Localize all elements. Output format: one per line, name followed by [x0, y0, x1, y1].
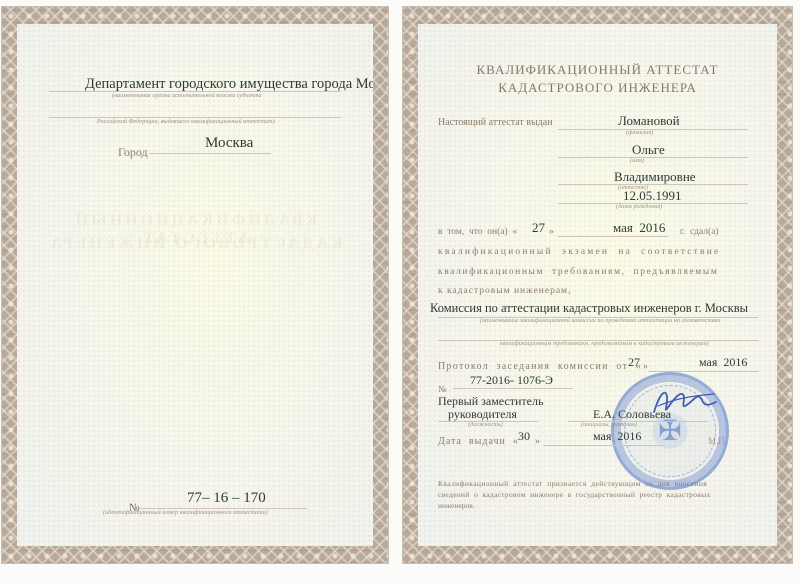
stamp-mark: М.П. — [708, 436, 727, 446]
certificate-number-caption: (идентификационный номер квалификационно… — [103, 510, 268, 516]
right-paper: КВАЛИФИКАЦИОННЫЙ АТТЕСТАТ КАДАСТРОВОГО И… — [418, 24, 777, 546]
commission-caption-1: (наименование квалификационной комиссии … — [480, 318, 721, 324]
certificate-left-page: Департамент городского имущества города … — [2, 7, 388, 563]
first-name-caption: (имя) — [630, 158, 644, 164]
validity-note-1: Квалификационный аттестат признается дей… — [438, 479, 707, 488]
surname-caption: (фамилия) — [626, 130, 653, 136]
certificate-title-line-1: КВАЛИФИКАЦИОННЫЙ АТТЕСТАТ — [418, 62, 777, 78]
authority-line-1 — [49, 91, 341, 92]
protocol-number: 77-2016- 1076-Э — [470, 373, 553, 388]
issue-date-line — [543, 445, 663, 446]
commission-name: Комиссия по аттестации кадастровых инжен… — [430, 301, 748, 316]
authority-caption-1: (наименование органа исполнительной влас… — [112, 93, 262, 99]
issued-to-label: Настоящий аттестат выдан — [438, 117, 553, 128]
protocol-day: 27 — [628, 355, 640, 370]
city-line — [149, 153, 271, 154]
certificate-title-line-2: КАДАСТРОВОГО ИНЖЕНЕРА — [418, 80, 777, 96]
issue-day-close: » — [535, 436, 540, 447]
exam-date-line — [558, 236, 668, 237]
first-name-line — [558, 157, 748, 158]
patronymic: Владимировне — [614, 169, 696, 185]
issue-month-year: мая 2016 — [593, 429, 641, 444]
exam-month-year: мая 2016 — [613, 220, 665, 236]
exam-day: 27 — [532, 220, 545, 236]
first-name: Ольге — [632, 142, 665, 158]
city-value: Москва — [205, 135, 253, 152]
commission-caption-2: квалификационным требованиям, предъявляе… — [500, 341, 709, 347]
patronymic-line — [558, 184, 748, 185]
validity-note-3: инженеров. — [438, 501, 475, 510]
surname: Ломановой — [618, 113, 680, 129]
exam-text-3: к кадастровым инженерам, — [438, 286, 571, 296]
certificate-number: 77– 16 – 170 — [187, 490, 266, 507]
issue-day: 30 — [518, 429, 530, 444]
bleed-through-text-2: КАДАСТРОВОГО ИНЖЕНЕРА — [17, 235, 373, 253]
certificate-right-page: КВАЛИФИКАЦИОННЫЙ АТТЕСТАТ КАДАСТРОВОГО И… — [403, 7, 792, 563]
city-label: Город — [118, 145, 148, 160]
validity-note-2: сведений о кадастровом инженере в госуда… — [438, 490, 711, 499]
birth-date-caption: (дата рождения) — [616, 204, 662, 210]
left-paper: Департамент городского имущества города … — [17, 24, 373, 546]
exam-text-1: квалификационный экзамен на соответствие — [438, 247, 720, 257]
protocol-label: Протокол заседания комиссии от « — [438, 361, 642, 372]
position-caption: (должность) — [468, 422, 503, 428]
issue-date-label: Дата выдачи « — [438, 436, 519, 447]
birth-date: 12.05.1991 — [623, 188, 682, 204]
signer-name: Е.А. Соловьева — [593, 407, 671, 422]
signer-caption: (инициалы, фамилия) — [581, 422, 637, 428]
position-line-2: руководителя — [448, 407, 517, 422]
exam-prefix: в том, что он(а) « — [438, 227, 517, 237]
exam-text-2: квалификационным требованиям, предъявляе… — [438, 267, 718, 277]
protocol-month-year: мая 2016 — [699, 355, 747, 370]
certificate-number-line — [139, 508, 307, 509]
exam-suffix: г. сдал(а) — [680, 227, 719, 237]
authority-line-2 — [49, 117, 341, 118]
authority-caption-2: Российской Федерации, выдавшего квалифик… — [97, 119, 275, 125]
exam-day-close: » — [549, 227, 554, 237]
protocol-number-sign: № — [438, 384, 447, 394]
protocol-number-line — [453, 388, 573, 389]
